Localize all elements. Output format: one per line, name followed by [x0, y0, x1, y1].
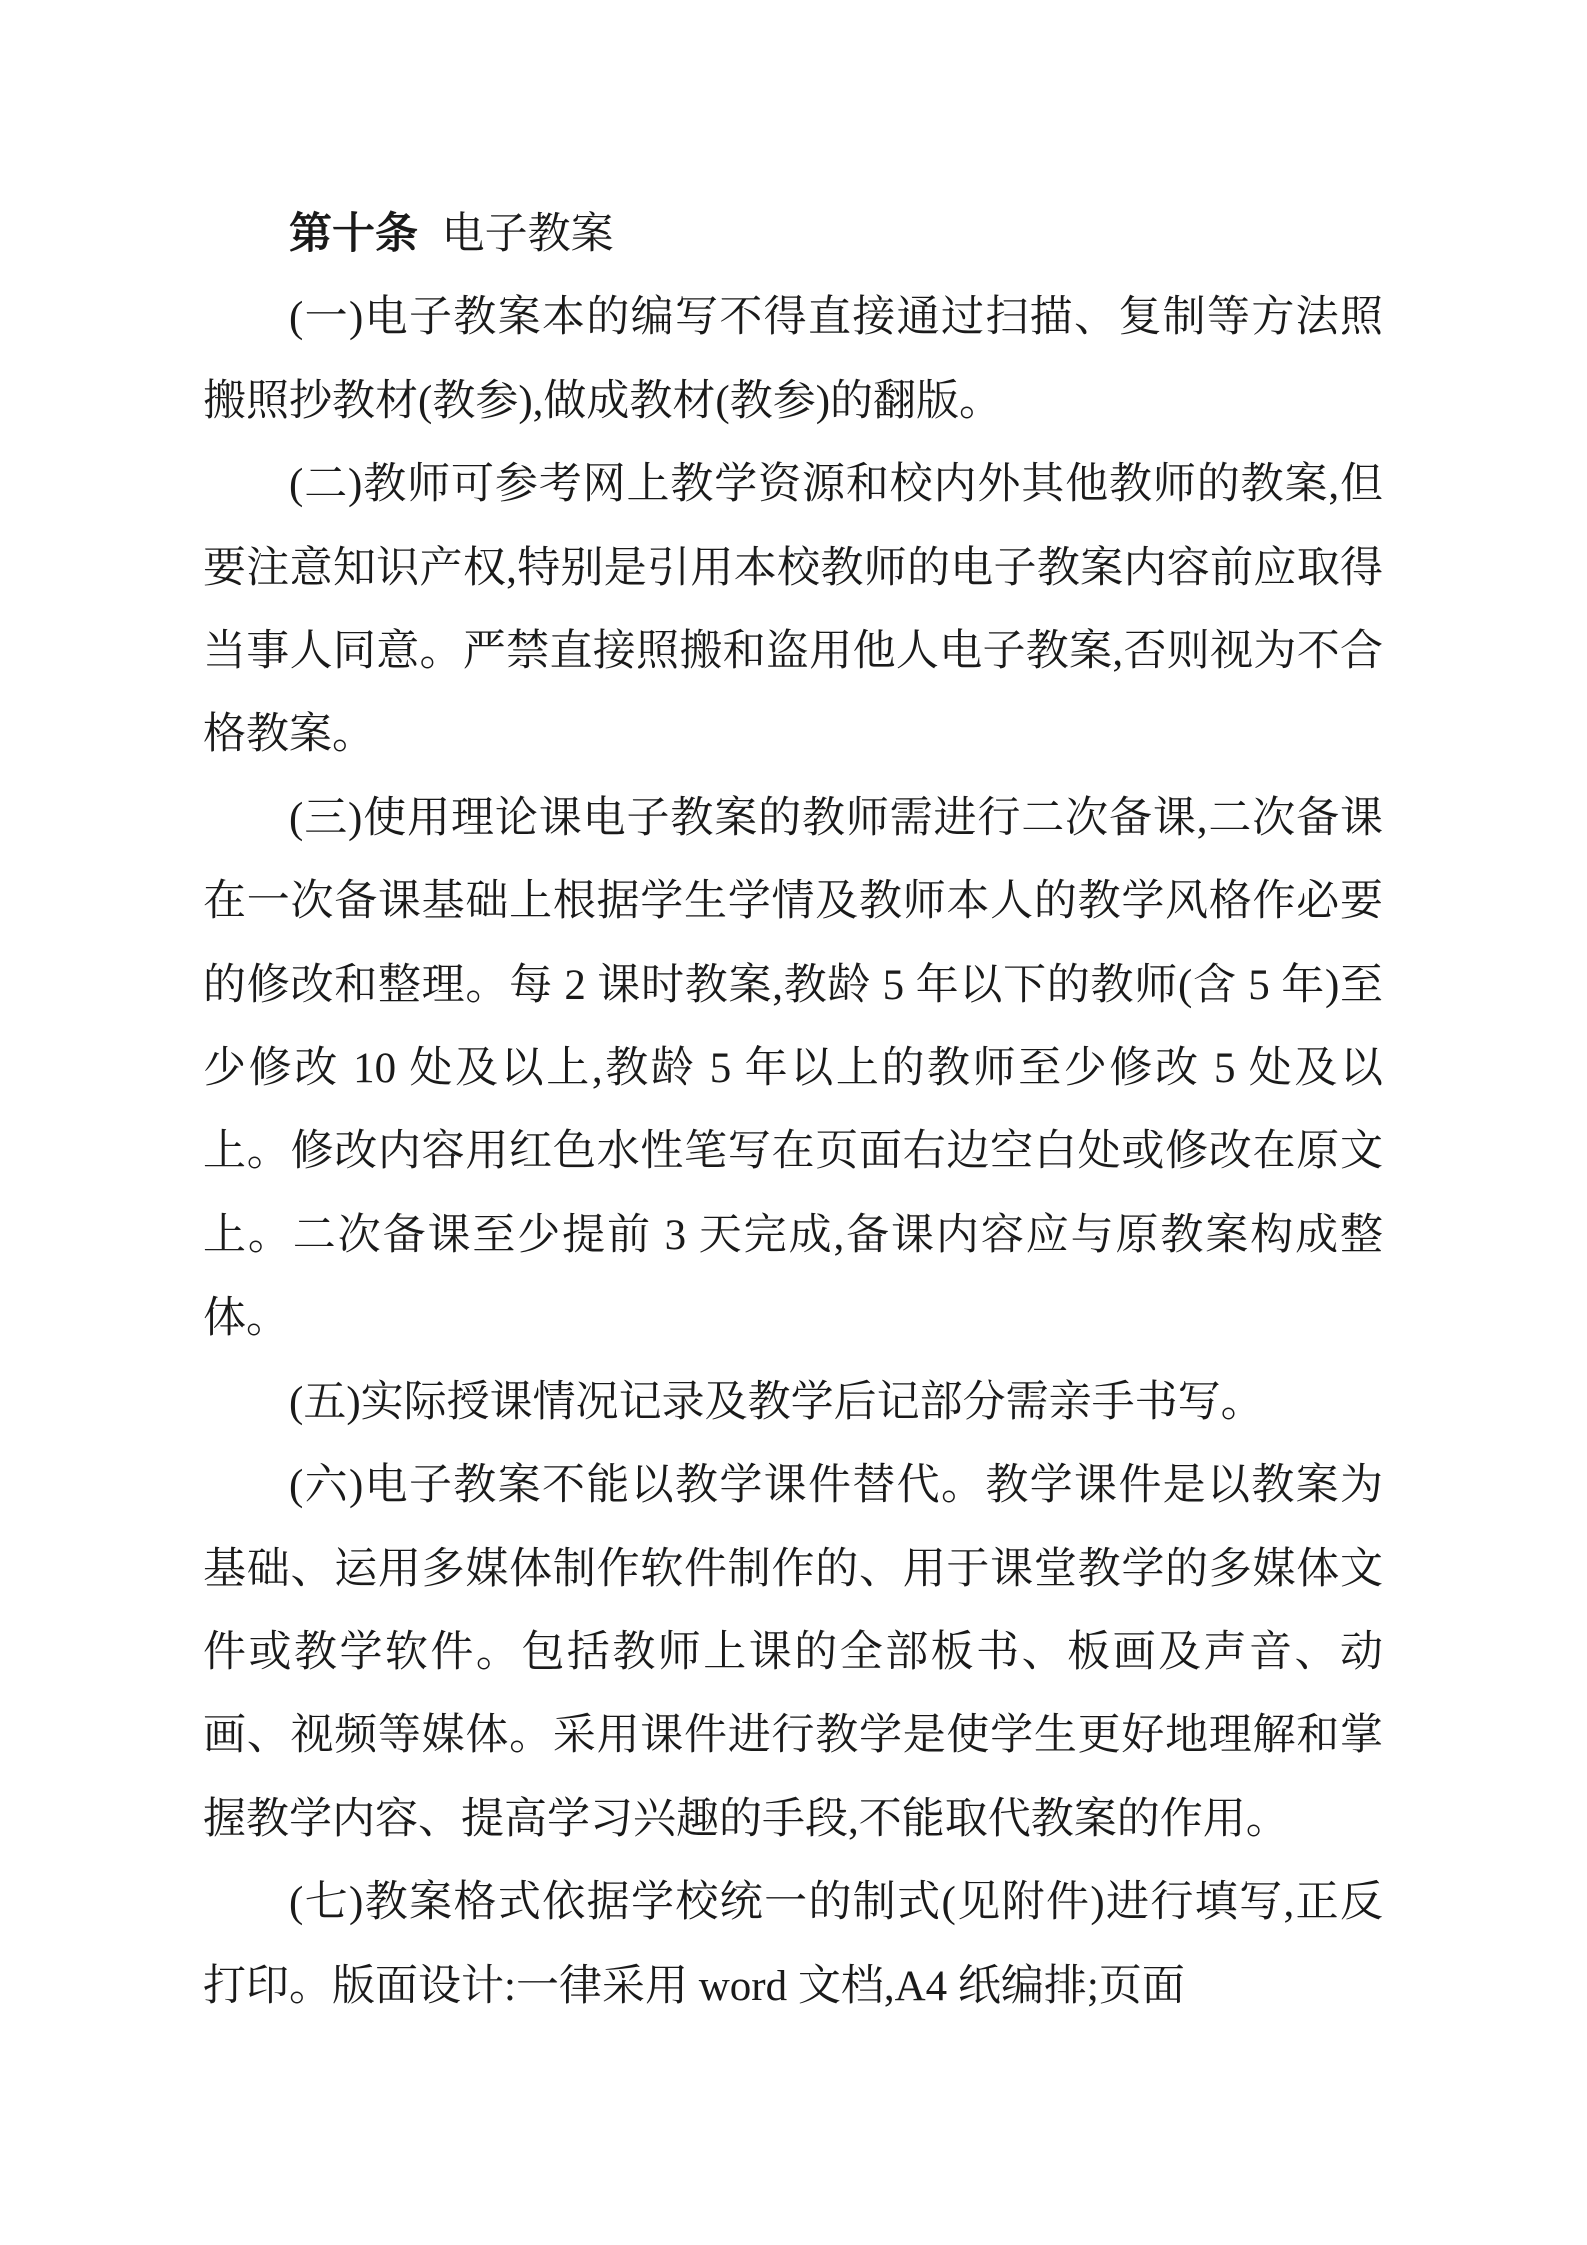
section-title: 电子教案: [442, 211, 614, 258]
paragraph: (七)教案格式依据学校统一的制式(见附件)进行填写,正反打印。版面设计:一律采用…: [203, 1861, 1383, 2028]
paragraph: (二)教师可参考网上教学资源和校内外其他教师的教案,但要注意知识产权,特别是引用…: [203, 443, 1383, 777]
paragraph: (三)使用理论课电子教案的教师需进行二次备课,二次备课在一次备课基础上根据学生学…: [203, 777, 1383, 1361]
section-number: 第十条: [289, 211, 418, 258]
paragraph: (一)电子教案本的编写不得直接通过扫描、复制等方法照搬照抄教材(教参),做成教材…: [203, 276, 1383, 443]
document-page: 第十条电子教案 (一)电子教案本的编写不得直接通过扫描、复制等方法照搬照抄教材(…: [0, 0, 1587, 2245]
section-heading: 第十条电子教案: [203, 193, 1383, 276]
paragraph: (五)实际授课情况记录及教学后记部分需亲手书写。: [203, 1361, 1383, 1444]
document-body: 第十条电子教案 (一)电子教案本的编写不得直接通过扫描、复制等方法照搬照抄教材(…: [203, 193, 1383, 2028]
paragraph: (六)电子教案不能以教学课件替代。教学课件是以教案为基础、运用多媒体制作软件制作…: [203, 1444, 1383, 1861]
